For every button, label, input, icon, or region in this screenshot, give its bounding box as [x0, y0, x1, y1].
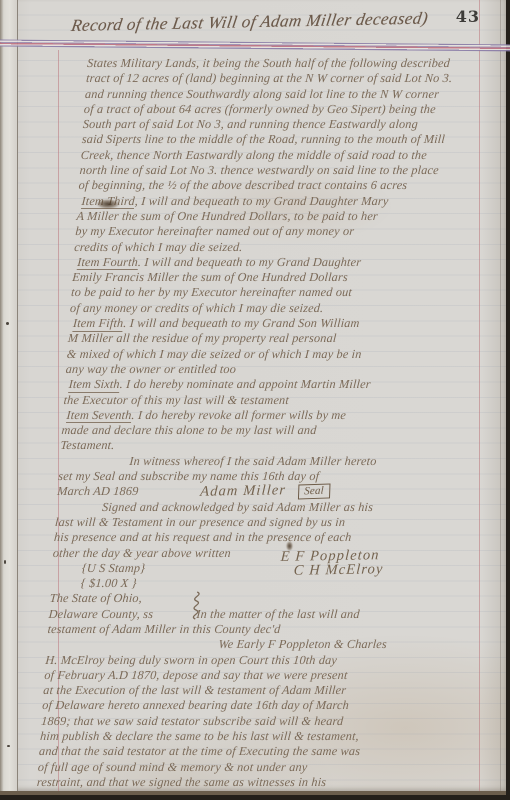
manuscript-line: and running thence Southwardly along sai… [84, 87, 499, 102]
manuscript-line: M Miller all the residue of my property … [67, 331, 482, 346]
manuscript-line: of beginning, the ½ of the above describ… [78, 178, 493, 193]
manuscript-line: and that the said testator at the time o… [38, 744, 453, 759]
manuscript-line: Item Fifth. I will and bequeath to my Gr… [72, 316, 483, 331]
manuscript-line: of February A.D 1870, depose and say tha… [44, 668, 459, 683]
manuscript-line: any way the owner or entitled too [65, 362, 480, 377]
page-number: 43 [456, 7, 480, 26]
signature-seal-row: March AD 1869 Adam Miller Seal [57, 484, 472, 499]
manuscript-line: to be paid to her by my Executor hereina… [71, 285, 486, 300]
signing-date: March AD 1869 [57, 484, 139, 499]
manuscript-line: other the day & year above written [52, 546, 467, 561]
manuscript-line: Item Fourth. I will and bequeath to my G… [77, 255, 488, 270]
manuscript-line: restraint, and that we signed the same a… [36, 775, 451, 790]
manuscript-line: made and declare this alone to be my las… [61, 423, 476, 438]
manuscript-line: credits of which I may die seized. [74, 240, 489, 255]
binding-edge [0, 0, 18, 791]
manuscript-line: & mixed of which I may die seized or of … [66, 347, 481, 362]
ledger-scan: Record of the Last Will of Adam Miller d… [0, 0, 510, 800]
testator-signature: Adam Miller [200, 484, 287, 501]
manuscript-line: Creek, thence North Eastwardly along the… [80, 148, 495, 163]
revenue-stamp-note-2: { $1.00 X } [80, 576, 465, 591]
manuscript-line: him publish & declare the same to be his… [40, 729, 455, 744]
manuscript-line: Item Seventh. I do hereby revoke all for… [66, 408, 477, 423]
manuscript-line: Signed and acknowledged by said Adam Mil… [102, 500, 471, 515]
deposition-text-block: H. McElroy being duly sworn in open Cour… [36, 653, 460, 791]
caption-state: The State of Ohio, [49, 591, 464, 606]
probate-caption: The State of Ohio, Delaware County, ss I… [46, 591, 464, 652]
manuscript-line: of full age of sound mind & memory & not… [37, 760, 452, 775]
manuscript-line: his presence and at his request and in t… [53, 530, 468, 545]
caption-county-and-matter: Delaware County, ss In the matter of the… [48, 607, 463, 622]
ink-blot [286, 541, 293, 551]
witness-signatures: E F Poppleton C H McElroy [279, 549, 385, 578]
manuscript-line: States Military Lands, it being the Sout… [87, 56, 502, 71]
paper-speck [4, 560, 6, 564]
page-title: Record of the Last Will of Adam Miller d… [70, 8, 454, 36]
manuscript-line: H. McElroy being duly sworn in open Cour… [45, 653, 460, 668]
seal-mark: Seal [298, 484, 330, 500]
manuscript-line: Item Third, I will and bequeath to my Gr… [81, 194, 492, 209]
deponents-line: We Early F Poppleton & Charles [218, 637, 461, 652]
will-text-block: States Military Lands, it being the Sout… [58, 56, 502, 484]
manuscript-line: Emily Francis Miller the sum of One Hund… [72, 270, 487, 285]
manuscript-body: States Military Lands, it being the Sout… [36, 56, 501, 790]
manuscript-line: of a tract of about 64 acres (formerly o… [83, 102, 498, 117]
manuscript-line: the Executor of this my last will & test… [63, 393, 478, 408]
caption-matter-1: In the matter of the last will and [196, 607, 360, 621]
manuscript-line: said Siperts line to the middle of the R… [81, 132, 496, 147]
manuscript-line: 1869; that we saw said testator subscrib… [41, 714, 456, 729]
manuscript-line: last will & Testament in our presence an… [55, 515, 470, 530]
ledger-page: Record of the Last Will of Adam Miller d… [0, 0, 506, 795]
paper-speck [6, 322, 9, 325]
revenue-stamp-note-1: {U S Stamp} [81, 561, 466, 576]
attestation-text-block: Signed and acknowledged by said Adam Mil… [53, 500, 470, 546]
manuscript-line: tract of 12 acres of (land) beginning at… [86, 71, 501, 86]
caption-matter-2: testament of Adam Miller in this County … [47, 622, 462, 637]
attestation-signatures-row: other the day & year above written E F P… [52, 546, 467, 561]
manuscript-line: of Delaware hereto annexed bearing date … [42, 698, 457, 713]
county-brace-squiggle [188, 591, 204, 625]
manuscript-line: Item Sixth. I do hereby nominate and app… [68, 377, 479, 392]
manuscript-line: In witness whereof I the said Adam Mille… [129, 454, 474, 469]
witness-signature-2: C H McElroy [293, 562, 384, 578]
manuscript-line: South part of said Lot No 3, and running… [82, 117, 497, 132]
manuscript-line: Testament. [60, 438, 475, 453]
manuscript-line: of any money or credits of which I may d… [69, 301, 484, 316]
ink-blot [96, 199, 120, 209]
manuscript-line: by my Executor hereinafter named out of … [75, 224, 490, 239]
manuscript-line: at the Execution of the last will & test… [43, 683, 458, 698]
manuscript-line: A Miller the sum of One Hundred Dollars,… [76, 209, 491, 224]
caption-county: Delaware County, ss [48, 607, 154, 621]
header-divider-rule [0, 40, 510, 52]
manuscript-line: north line of said Lot No 3. thence west… [79, 163, 494, 178]
page-edge-crease [500, 0, 501, 791]
paper-speck [7, 745, 10, 747]
